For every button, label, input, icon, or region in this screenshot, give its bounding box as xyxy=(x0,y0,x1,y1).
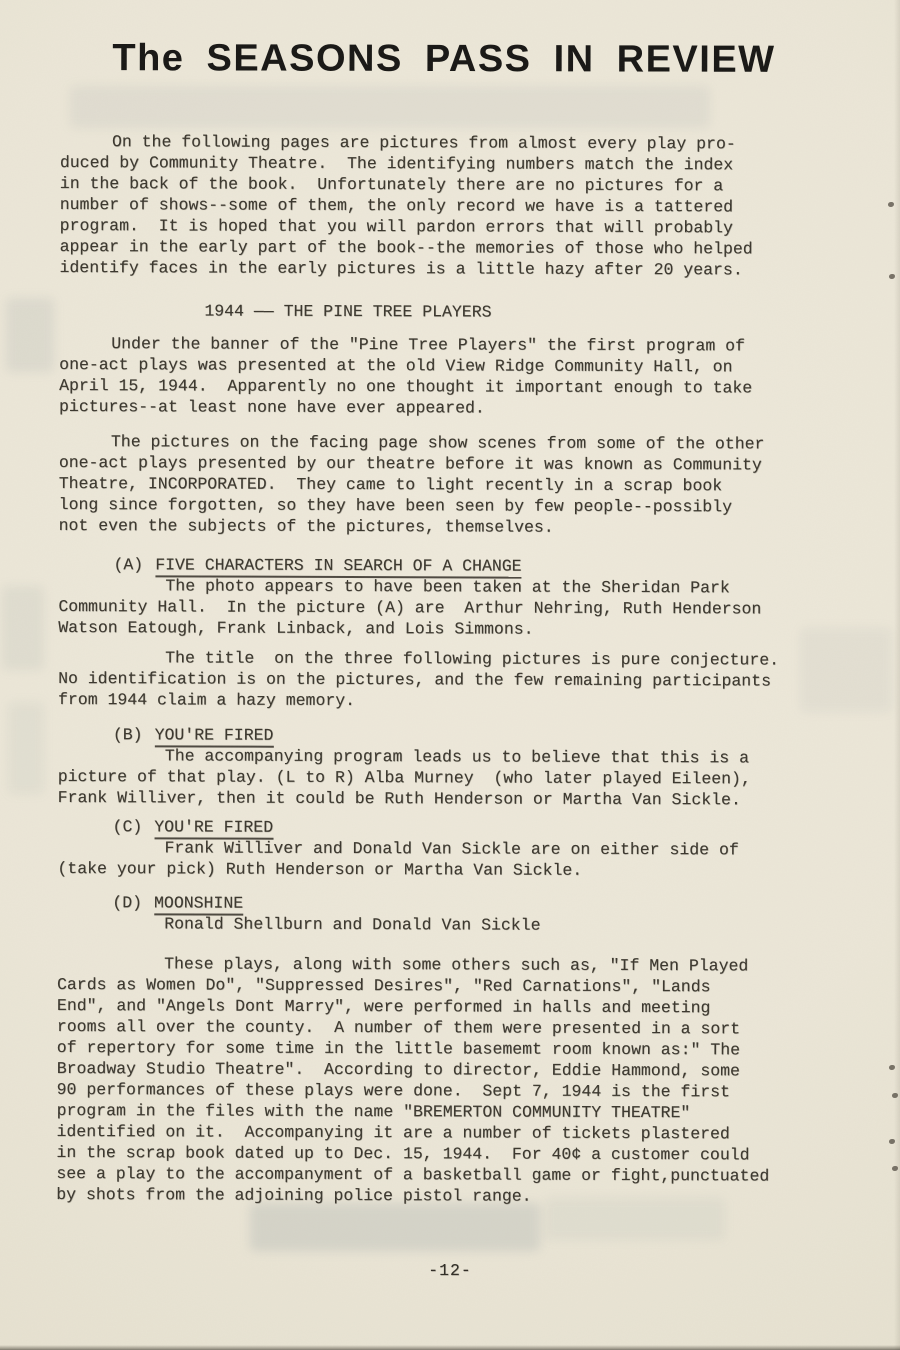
entry-d-heading: (D)MOONSHINE xyxy=(112,892,852,916)
entry-d: (D)MOONSHINE Ronald Shellburn and Donald… xyxy=(57,892,852,937)
bottom-edge-shadow xyxy=(0,1345,900,1350)
entry-b: (B)YOU'RE FIRED The accompanying program… xyxy=(58,724,853,811)
right-edge-shadow xyxy=(894,0,900,1350)
season-heading-1944: 1944 —— THE PINE TREE PLAYERS xyxy=(204,301,854,324)
entry-b-heading: (B)YOU'RE FIRED xyxy=(113,724,853,748)
page-title: The SEASONS PASS IN REVIEW xyxy=(0,37,894,82)
entry-a-heading: (A)FIVE CHARACTERS IN SEARCH OF A CHANGE xyxy=(113,554,853,578)
entry-b-label: (B) xyxy=(113,725,143,744)
entry-d-body: Ronald Shellburn and Donald Van Sickle xyxy=(57,913,852,937)
intro-paragraph: On the following pages are pictures from… xyxy=(59,131,855,281)
entry-c-label: (C) xyxy=(113,817,143,836)
entry-a-body: The photo appears to have been taken at … xyxy=(58,575,853,641)
entry-d-title: MOONSHINE xyxy=(154,893,243,915)
entry-a-label: (A) xyxy=(113,555,143,574)
entry-a: (A)FIVE CHARACTERS IN SEARCH OF A CHANGE… xyxy=(58,554,853,641)
entry-c: (C)YOU'RE FIRED Frank Williver and Donal… xyxy=(57,816,852,882)
paragraph-conjecture: The title on the three following picture… xyxy=(58,647,853,713)
page-number: -12- xyxy=(0,1261,900,1280)
document-body: On the following pages are pictures from… xyxy=(56,131,855,1208)
entry-b-title: YOU'RE FIRED xyxy=(155,725,274,747)
entry-c-title: YOU'RE FIRED xyxy=(154,817,273,839)
entry-c-body: Frank Williver and Donald Van Sickle are… xyxy=(57,837,852,882)
paragraph-pine-tree: Under the banner of the "Pine Tree Playe… xyxy=(59,333,854,420)
entry-b-body: The accompanying program leads us to bel… xyxy=(58,745,853,811)
closing-paragraph: These plays, along with some others such… xyxy=(56,953,852,1208)
entry-c-heading: (C)YOU'RE FIRED xyxy=(113,816,853,840)
entry-d-label: (D) xyxy=(112,893,142,912)
paragraph-facing-page: The pictures on the facing page show sce… xyxy=(59,431,854,539)
